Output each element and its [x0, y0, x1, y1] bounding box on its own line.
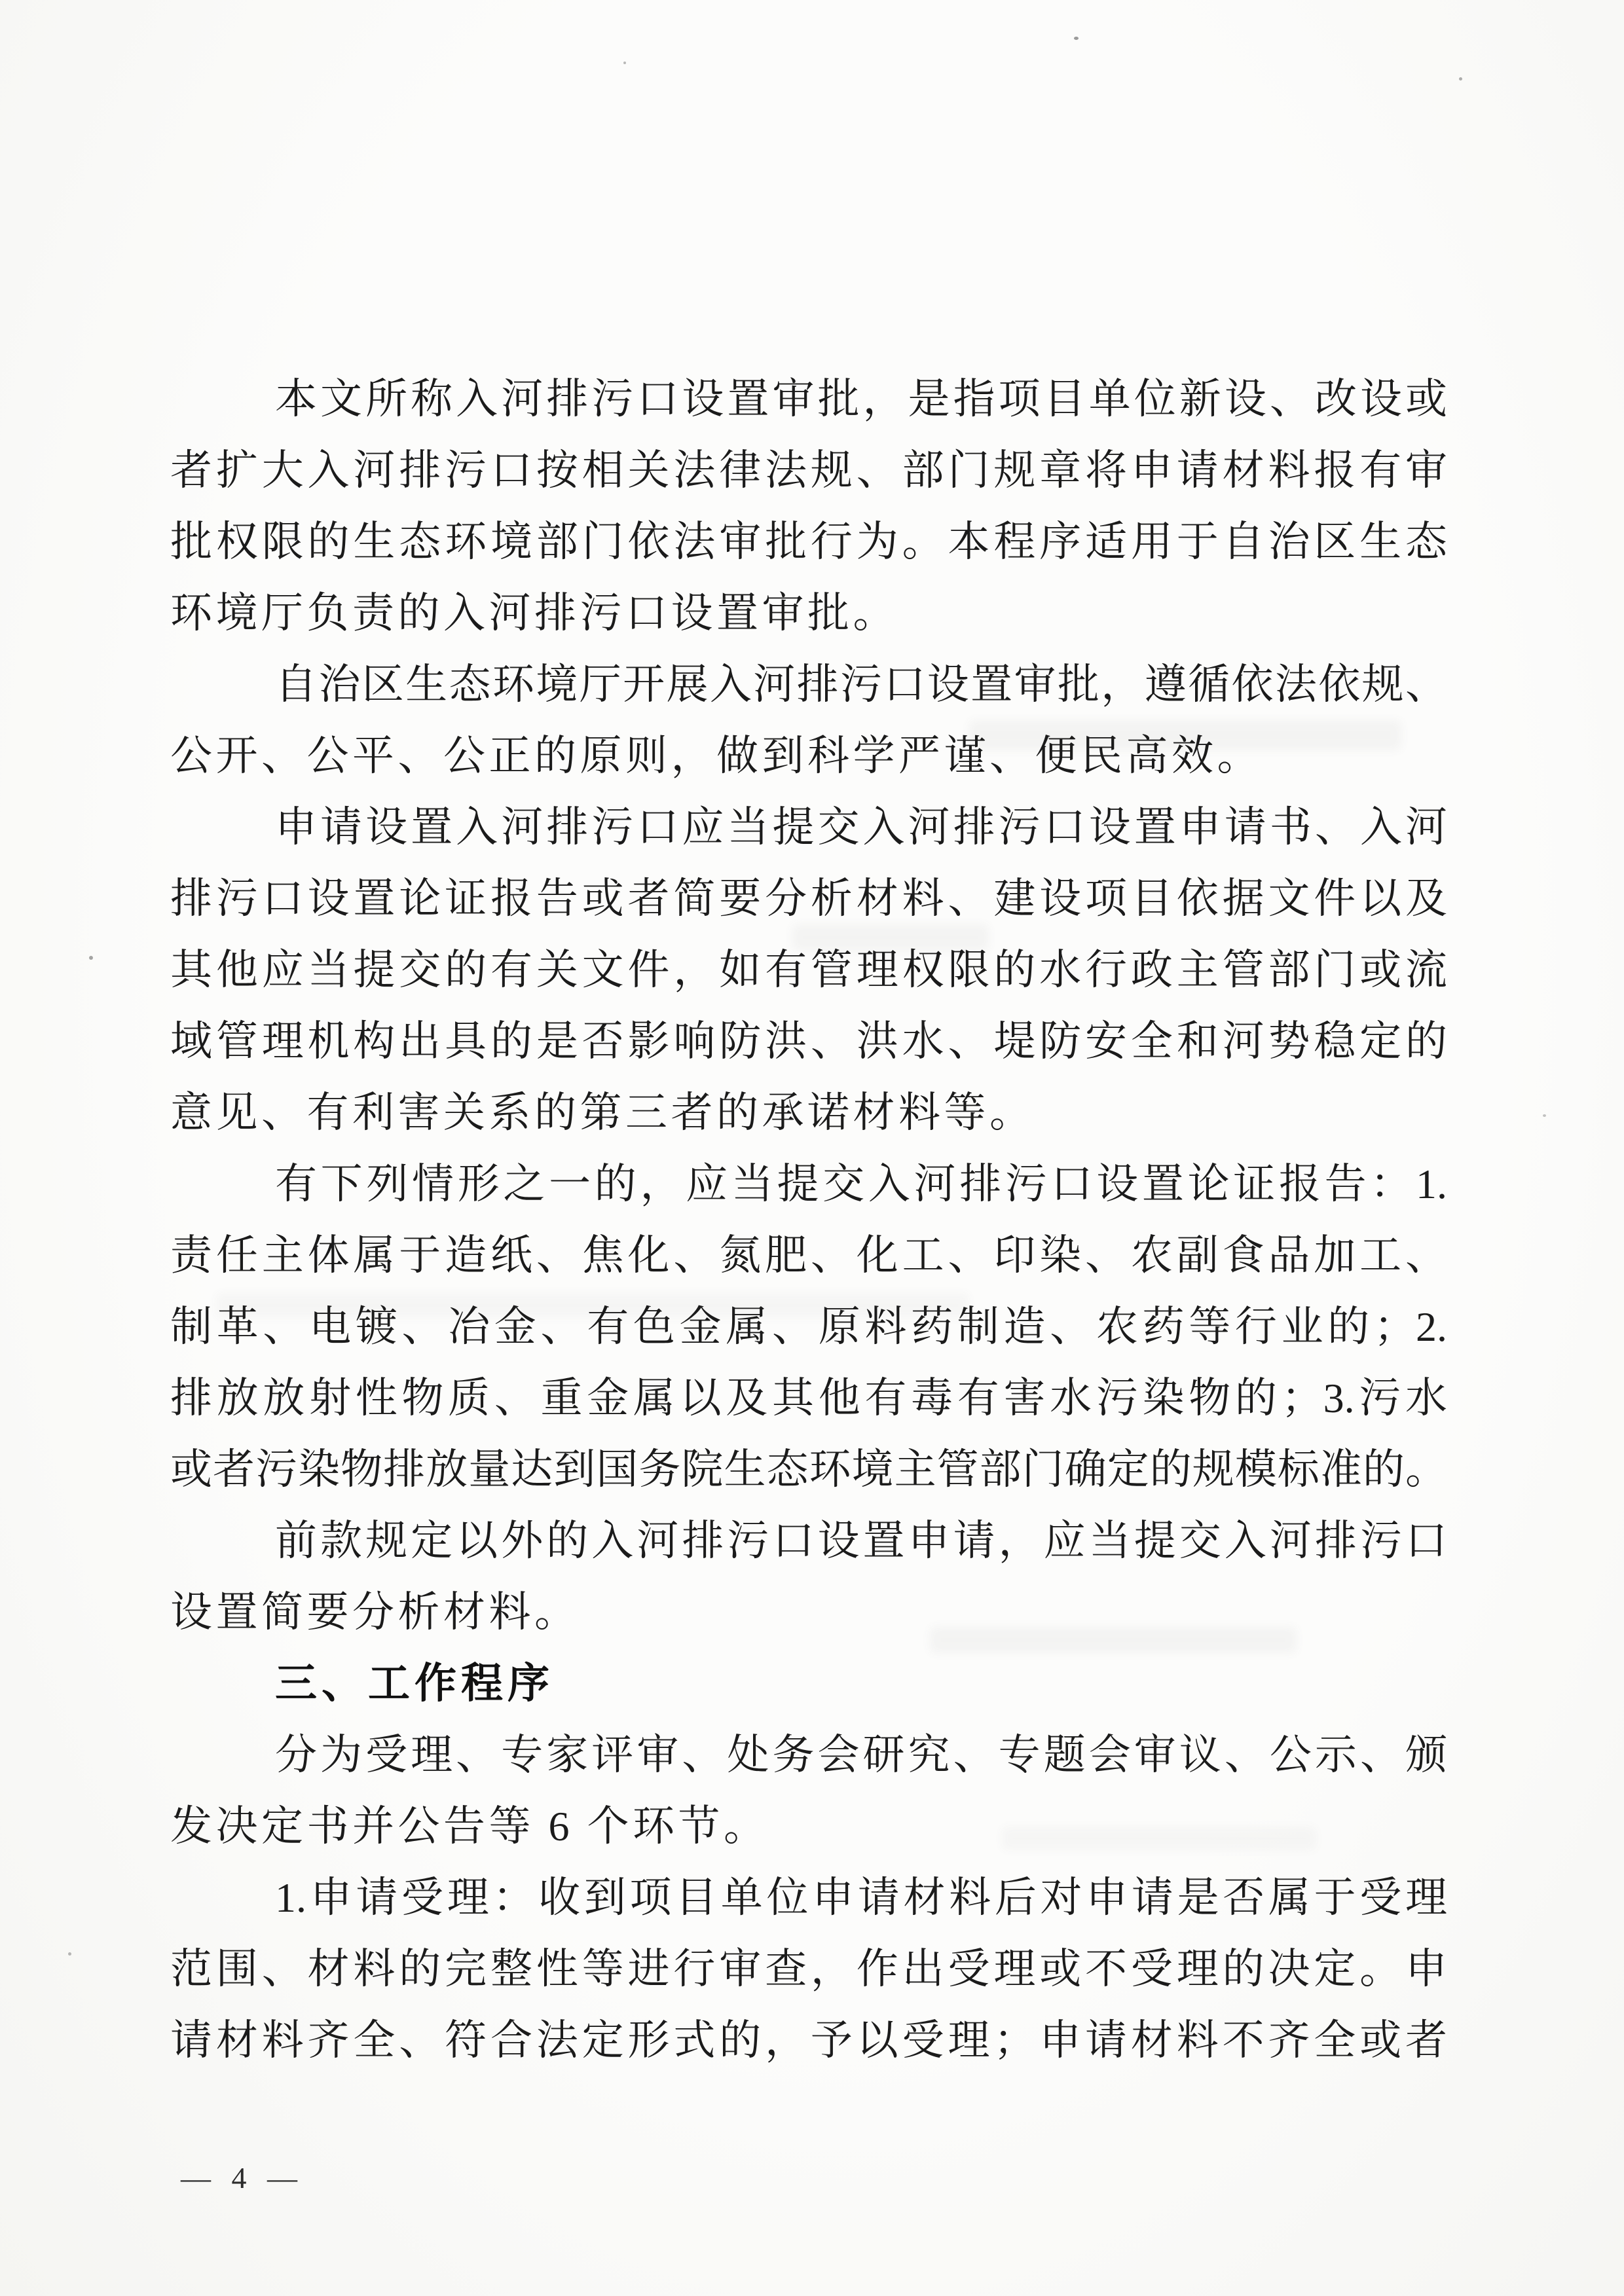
text-line: 排污口设置论证报告或者简要分析材料、建设项目依据文件以及: [170, 863, 1447, 934]
text-line: 者扩大入河排污口按相关法律法规、部门规章将申请材料报有审: [170, 435, 1447, 506]
document-body: 本文所称入河排污口设置审批，是指项目单位新设、改设或者扩大入河排污口按相关法律法…: [170, 363, 1447, 2076]
scan-speck: [1543, 1114, 1546, 1117]
text-line: 制革、电镀、冶金、有色金属、原料药制造、农药等行业的；2.: [170, 1291, 1447, 1362]
text-line: 分为受理、专家评审、处务会研究、专题会审议、公示、颁: [170, 1719, 1447, 1791]
scan-speck: [623, 62, 626, 64]
page-number: — 4 —: [181, 2160, 304, 2195]
text-line: 环境厅负责的入河排污口设置审批。: [170, 577, 1447, 649]
text-line: 请材料齐全、符合法定形式的，予以受理；申请材料不齐全或者: [170, 2005, 1447, 2076]
text-line: 发决定书并公告等 6 个环节。: [170, 1791, 1447, 1862]
text-line: 意见、有利害关系的第三者的承诺材料等。: [170, 1077, 1447, 1148]
text-line: 公开、公平、公正的原则，做到科学严谨、便民高效。: [170, 720, 1447, 792]
section-heading: 三、工作程序: [170, 1648, 1447, 1719]
scan-speck: [89, 956, 93, 960]
text-line: 或者污染物排放量达到国务院生态环境主管部门确定的规模标准的。: [170, 1434, 1447, 1505]
text-line: 批权限的生态环境部门依法审批行为。本程序适用于自治区生态: [170, 506, 1447, 577]
text-line: 有下列情形之一的，应当提交入河排污口设置论证报告：1.: [170, 1148, 1447, 1220]
text-line: 1.申请受理：收到项目单位申请材料后对申请是否属于受理: [170, 1862, 1447, 1933]
text-line: 域管理机构出具的是否影响防洪、洪水、堤防安全和河势稳定的: [170, 1006, 1447, 1077]
text-line: 其他应当提交的有关文件，如有管理权限的水行政主管部门或流: [170, 934, 1447, 1006]
scan-speck: [68, 1952, 71, 1956]
text-line: 设置简要分析材料。: [170, 1576, 1447, 1648]
scan-speck: [1074, 37, 1079, 40]
text-line: 排放放射性物质、重金属以及其他有毒有害水污染物的；3.污水: [170, 1362, 1447, 1434]
text-line: 申请设置入河排污口应当提交入河排污口设置申请书、入河: [170, 792, 1447, 863]
text-line: 前款规定以外的入河排污口设置申请，应当提交入河排污口: [170, 1505, 1447, 1576]
text-line: 本文所称入河排污口设置审批，是指项目单位新设、改设或: [170, 363, 1447, 435]
text-line: 责任主体属于造纸、焦化、氮肥、化工、印染、农副食品加工、: [170, 1220, 1447, 1291]
scanned-document-page: 本文所称入河排污口设置审批，是指项目单位新设、改设或者扩大入河排污口按相关法律法…: [0, 0, 1624, 2296]
text-line: 自治区生态环境厅开展入河排污口设置审批，遵循依法依规、: [170, 649, 1447, 720]
text-line: 范围、材料的完整性等进行审查，作出受理或不受理的决定。申: [170, 1933, 1447, 2005]
scan-speck: [1459, 77, 1462, 81]
